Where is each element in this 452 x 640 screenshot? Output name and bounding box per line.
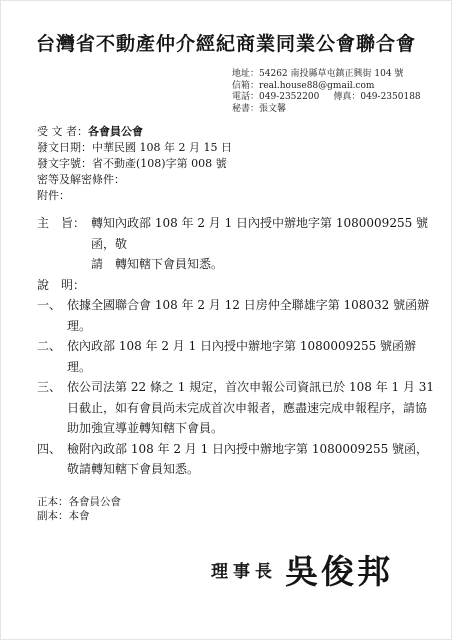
contact-phone-fax: 電話：049-2352200傳真：049-2350188 (232, 92, 451, 104)
security-label: 密等及解密條件： (37, 173, 125, 186)
item-text: 依內政部 108 年 2 月 1 日內授中辦地字第 1080009255 號函辦… (67, 336, 435, 377)
issue-date-row: 發文日期：中華民國 108 年 2 月 15 日 (37, 140, 451, 156)
subject-line-2: 請 轉知轄下會員知悉。 (91, 254, 433, 275)
phone-value: 049-2352200 (259, 92, 319, 102)
contact-block: 地址：54262 南投縣草屯鎮正興街 104 號 信箱：real.house88… (232, 69, 451, 115)
address-value: 54262 南投縣草屯鎮正興街 104 號 (259, 69, 403, 79)
address-label: 地址： (232, 69, 259, 79)
explanation-list: 一、 依據全國聯合會 108 年 2 月 12 日房仲全聯雄字第 108032 … (37, 295, 435, 480)
email-label: 信箱： (232, 81, 259, 91)
explanation-item-4: 四、 檢附內政部 108 年 2 月 1 日內授中辦地字第 1080009255… (37, 439, 435, 480)
page-title: 台灣省不動產仲介經紀商業同業公會聯合會 (1, 29, 451, 56)
meta-block: 受 文 者：各會員公會 發文日期：中華民國 108 年 2 月 15 日 發文字… (37, 124, 451, 204)
contact-email: 信箱：real.house88@gmail.com (232, 81, 451, 93)
secretary-value: 張文馨 (259, 104, 286, 114)
item-text: 檢附內政部 108 年 2 月 1 日內授中辦地字第 1080009255 號函… (67, 439, 435, 480)
explanation-item-2: 二、 依內政部 108 年 2 月 1 日內授中辦地字第 1080009255 … (37, 336, 435, 377)
recipient-label: 受 文 者： (37, 125, 88, 138)
security-row: 密等及解密條件： (37, 172, 451, 188)
email-value: real.house88@gmail.com (259, 81, 374, 91)
explanation-label: 說 明： (37, 275, 451, 296)
copies-block: 正本：各會員公會 副本：本會 (37, 495, 451, 524)
original-copy-row: 正本：各會員公會 (37, 495, 451, 510)
phone-label: 電話： (232, 92, 259, 102)
signer-title: 理事長 (211, 557, 277, 582)
explanation-item-1: 一、 依據全國聯合會 108 年 2 月 12 日房仲全聯雄字第 108032 … (37, 295, 435, 336)
signer-name: 吳俊邦 (285, 546, 393, 593)
fax-label: 傳真： (333, 92, 360, 102)
recipient-value: 各會員公會 (88, 125, 143, 138)
item-number: 三、 (37, 377, 67, 439)
duplicate-value: 本會 (69, 510, 90, 522)
contact-address: 地址：54262 南投縣草屯鎮正興街 104 號 (232, 69, 451, 81)
original-label: 正本： (37, 496, 69, 508)
subject-line-1: 轉知內政部 108 年 2 月 1 日內授中辦地字第 1080009255 號函… (91, 213, 433, 254)
item-text: 依公司法第 22 條之 1 規定，首次申報公司資訊已於 108 年 1 月 31… (67, 377, 435, 439)
attachment-label: 附件： (37, 189, 70, 202)
secretary-label: 秘書： (232, 104, 259, 114)
explanation-item-3: 三、 依公司法第 22 條之 1 規定，首次申報公司資訊已於 108 年 1 月… (37, 377, 435, 439)
letter-page: 台灣省不動產仲介經紀商業同業公會聯合會 地址：54262 南投縣草屯鎮正興街 1… (0, 0, 452, 640)
contact-secretary: 秘書：張文馨 (232, 104, 451, 116)
duplicate-copy-row: 副本：本會 (37, 509, 451, 524)
attachment-row: 附件： (37, 188, 451, 204)
item-number: 四、 (37, 439, 67, 480)
ref-number-value: 省不動產(108)字第 008 號 (92, 157, 227, 170)
item-number: 二、 (37, 336, 67, 377)
recipient-row: 受 文 者：各會員公會 (37, 124, 451, 140)
fax-value: 049-2350188 (360, 92, 420, 102)
item-text: 依據全國聯合會 108 年 2 月 12 日房仲全聯雄字第 108032 號函辦… (67, 295, 435, 336)
ref-number-row: 發文字號：省不動產(108)字第 008 號 (37, 156, 451, 172)
subject-label: 主 旨： (37, 213, 91, 275)
issue-date-label: 發文日期： (37, 141, 92, 154)
subject-block: 主 旨： 轉知內政部 108 年 2 月 1 日內授中辦地字第 10800092… (37, 213, 433, 275)
duplicate-label: 副本： (37, 510, 69, 522)
signature-block: 理事長 吳俊邦 (1, 546, 451, 593)
original-value: 各會員公會 (69, 496, 122, 508)
item-number: 一、 (37, 295, 67, 336)
subject-text: 轉知內政部 108 年 2 月 1 日內授中辦地字第 1080009255 號函… (91, 213, 433, 275)
ref-number-label: 發文字號： (37, 157, 92, 170)
issue-date-value: 中華民國 108 年 2 月 15 日 (92, 141, 232, 154)
